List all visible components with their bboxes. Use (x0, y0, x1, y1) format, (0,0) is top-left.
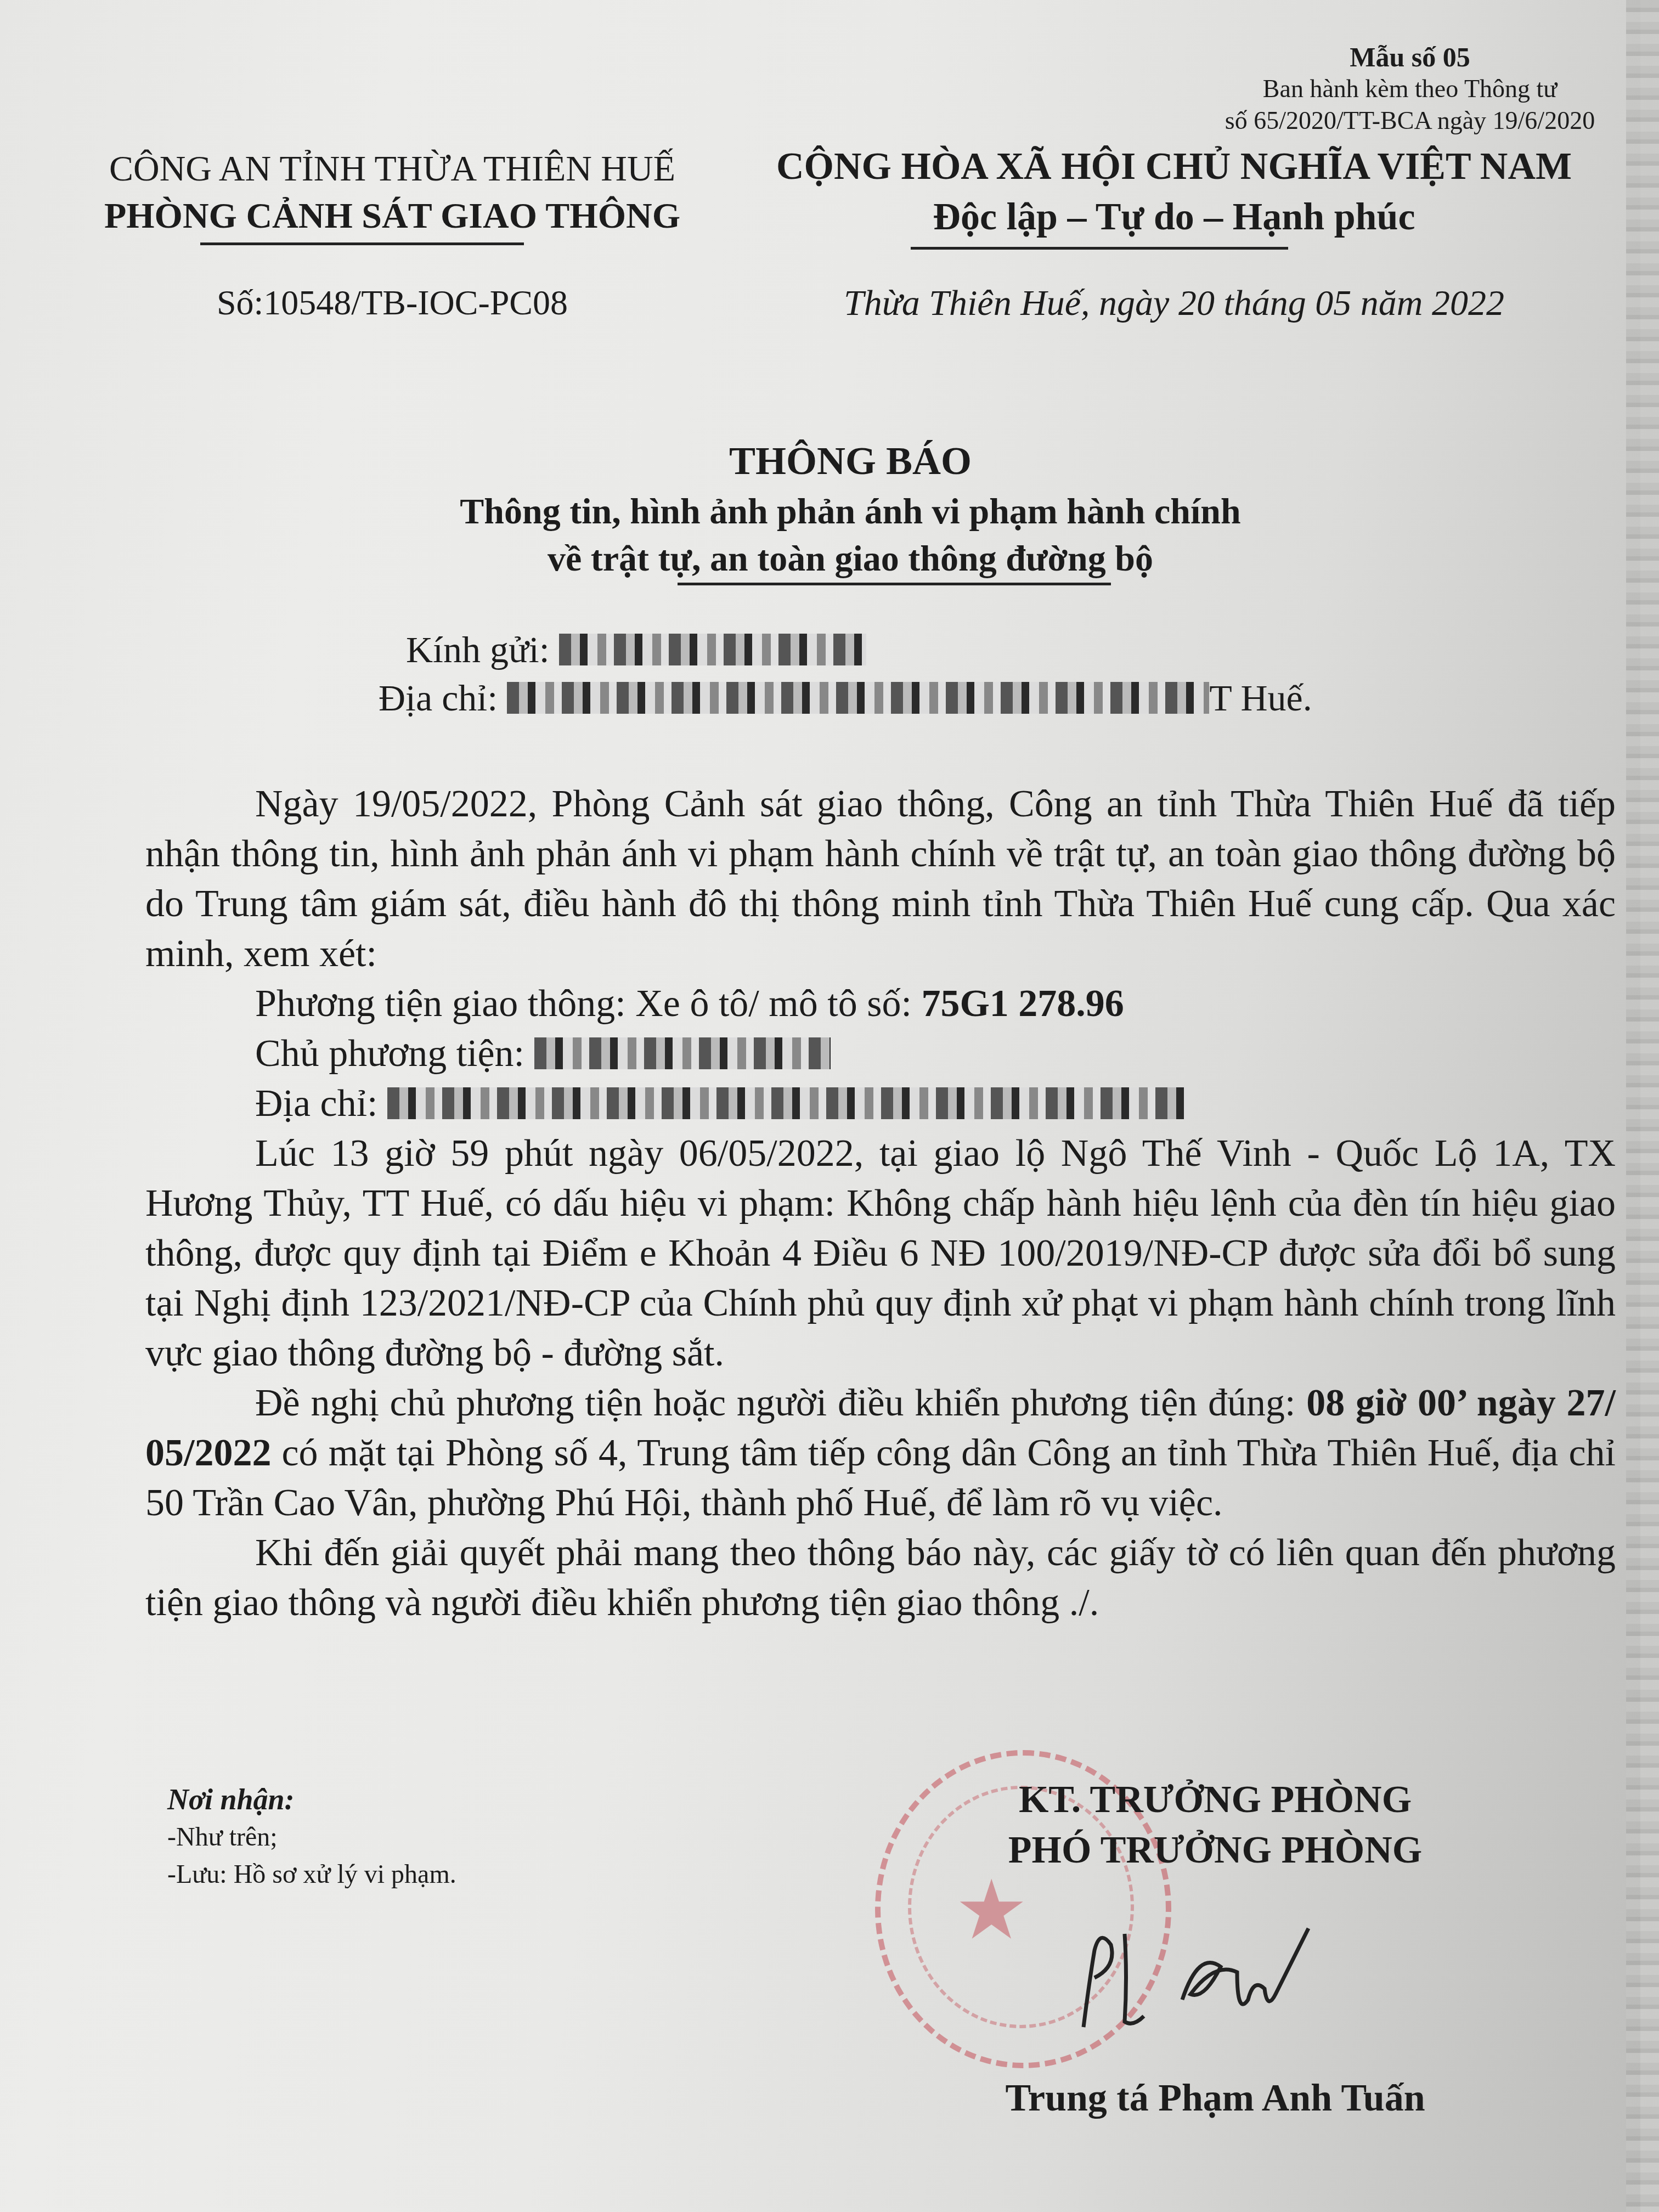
form-number: Mẫu số 05 (1185, 41, 1635, 73)
nation-name: CỘNG HÒA XÃ HỘI CHỦ NGHĨA VIỆT NAM (735, 142, 1613, 192)
recipients-list: Nơi nhận: -Như trên; -Lưu: Hồ sơ xử lý v… (167, 1780, 716, 1893)
summons-suffix: có mặt tại Phòng số 4, Trung tâm tiếp cô… (145, 1432, 1616, 1524)
nation-motto: Độc lập – Tự do – Hạnh phúc (735, 192, 1613, 242)
stamp-star-icon: ★ (955, 1863, 1028, 1958)
signature-title: PHÓ TRƯỞNG PHÒNG (889, 1825, 1542, 1876)
owner-line: Chủ phương tiện: (145, 1029, 1616, 1079)
recipients-item: -Như trên; (167, 1819, 716, 1856)
org-department: PHÒNG CẢNH SÁT GIAO THÔNG (55, 193, 730, 240)
document-number: Số:10548/TB-IOC-PC08 (55, 283, 730, 323)
org-underline (200, 242, 524, 245)
title-heading: THÔNG BÁO (329, 433, 1372, 488)
vehicle-plate: 75G1 278.96 (921, 983, 1124, 1025)
recipient-address-suffix: T Huế. (1209, 677, 1312, 719)
title-underline (678, 583, 1111, 585)
form-reference: Mẫu số 05 Ban hành kèm theo Thông tư số … (1185, 41, 1635, 137)
handwritten-signature-icon (1073, 1917, 1358, 2038)
document-title: THÔNG BÁO Thông tin, hình ảnh phản ánh v… (329, 433, 1372, 583)
body-paragraph-summons: Đề nghị chủ phương tiện hoặc người điều … (145, 1378, 1616, 1528)
owner-address-line: Địa chỉ: (145, 1079, 1616, 1128)
title-subtitle-1: Thông tin, hình ảnh phản ánh vi phạm hàn… (329, 488, 1372, 535)
owner-address-redacted (387, 1087, 1188, 1119)
motto-underline (911, 247, 1288, 250)
form-issued-line: Ban hành kèm theo Thông tư (1185, 73, 1635, 105)
recipient-to: Kính gửi: (379, 625, 1476, 674)
owner-name-redacted (534, 1037, 831, 1069)
signer-name: Trung tá Phạm Anh Tuấn (889, 2076, 1542, 2120)
recipient-address-redacted (507, 682, 1209, 714)
recipients-item: -Lưu: Hồ sơ xử lý vi phạm. (167, 1856, 716, 1893)
body-paragraph-documents: Khi đến giải quyết phải mang theo thông … (145, 1528, 1616, 1628)
recipient-name-redacted (559, 634, 866, 665)
body-paragraph-intro: Ngày 19/05/2022, Phòng Cảnh sát giao thô… (145, 779, 1616, 979)
title-subtitle-2: về trật tự, an toàn giao thông đường bộ (329, 535, 1372, 583)
summons-prefix: Đề nghị chủ phương tiện hoặc người điều … (255, 1382, 1295, 1424)
recipient-block: Kính gửi: Địa chỉ: T Huế. (379, 625, 1476, 722)
vehicle-line: Phương tiện giao thông: Xe ô tô/ mô tô s… (145, 979, 1616, 1029)
signature-authority: KT. TRƯỞNG PHÒNG (889, 1775, 1542, 1825)
paper-edge (1626, 0, 1659, 2212)
recipient-to-label: Kính gửi: (406, 629, 550, 670)
form-circular-line: số 65/2020/TT-BCA ngày 19/6/2020 (1185, 105, 1635, 137)
recipient-address-label: Địa chỉ: (379, 677, 498, 719)
recipient-address: Địa chỉ: T Huế. (379, 674, 1476, 722)
document-date: Thừa Thiên Huế, ngày 20 tháng 05 năm 202… (735, 283, 1613, 324)
owner-label: Chủ phương tiện: (255, 1032, 524, 1075)
national-heading: CỘNG HÒA XÃ HỘI CHỦ NGHĨA VIỆT NAM Độc l… (735, 142, 1613, 242)
body-paragraph-violation: Lúc 13 giờ 59 phút ngày 06/05/2022, tại … (145, 1128, 1616, 1378)
signature-block: KT. TRƯỞNG PHÒNG PHÓ TRƯỞNG PHÒNG (889, 1775, 1542, 1876)
vehicle-label: Phương tiện giao thông: Xe ô tô/ mô tô s… (255, 983, 912, 1025)
notice-body: Ngày 19/05/2022, Phòng Cảnh sát giao thô… (145, 779, 1616, 1628)
org-parent: CÔNG AN TỈNH THỪA THIÊN HUẾ (55, 145, 730, 193)
owner-address-label: Địa chỉ: (255, 1082, 378, 1125)
issuing-organization: CÔNG AN TỈNH THỪA THIÊN HUẾ PHÒNG CẢNH S… (55, 145, 730, 240)
recipients-heading: Nơi nhận: (167, 1780, 716, 1819)
